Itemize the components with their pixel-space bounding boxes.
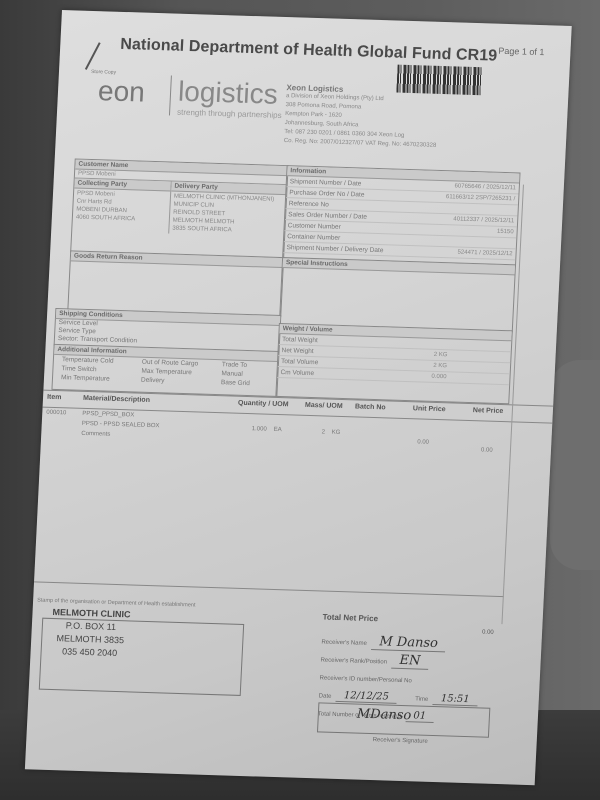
total-net-price-label: Total Net Price [322, 612, 378, 623]
receipt-time: 15:51 [433, 693, 478, 706]
col-unit-price: Unit Price [413, 405, 446, 413]
item-unit-price: 0.00 [417, 439, 429, 445]
company-address: Xeon Logistics a Division of Xeon Holdin… [284, 83, 439, 151]
special-instructions-block: Special Instructions [279, 257, 516, 332]
signature-label: Receiver's Signature [373, 737, 428, 745]
receiver-id-label: Receiver's ID number/Personal No [319, 675, 411, 684]
additional-cell: Out of Route Cargo [142, 359, 222, 369]
receiver-signature: MDanso [349, 706, 420, 723]
col-quantity: Quantity / UOM [238, 400, 289, 409]
goods-return-block: Goods Return Reason [67, 250, 284, 317]
info-key: Shipment Number / Date [290, 178, 362, 187]
col-item: Item [47, 394, 62, 401]
logo-logistics: logistics [177, 76, 278, 111]
item-material: PPSD_PPSD_BOX [82, 411, 134, 419]
info-key: Sales Order Number / Date [288, 211, 367, 220]
clinic-stamp: MELMOTH CLINIC P.O. BOX 11 MELMOTH 3835 … [50, 606, 131, 660]
hand [550, 360, 600, 570]
col-net-price: Net Price [473, 407, 504, 415]
item-mass-uom: KG [331, 430, 340, 436]
additional-cell: Base Grid [221, 379, 269, 388]
information-block: Information Shipment Number / Date607656… [282, 165, 520, 266]
additional-cell: Manual [221, 370, 269, 379]
page-indicator: Page 1 of 1 [498, 46, 545, 57]
weight-value: 2 KG [434, 351, 448, 358]
info-value: 15150 [497, 228, 514, 236]
receiver-rank: EN [391, 653, 429, 670]
weight-key: Net Weight [281, 347, 313, 355]
receiver-rank-label: Receiver's Rank/Position [320, 657, 387, 665]
info-key: Container Number [287, 233, 340, 242]
item-quantity: 1.000 [252, 426, 267, 432]
info-key: Reference No [289, 200, 329, 208]
stamp-line: MELMOTH CLINIC [52, 606, 131, 621]
additional-cell: Delivery [141, 377, 221, 387]
additional-cell: Trade To [222, 361, 270, 370]
logo-divider [169, 75, 172, 115]
additional-cell: Time Switch [61, 365, 141, 375]
item-uom: EA [274, 427, 282, 433]
item-comment: Comments [81, 431, 110, 438]
pen-mark [85, 42, 100, 69]
date-label: Date [319, 693, 332, 699]
weight-key: Total Volume [281, 358, 319, 366]
time-label: Time [415, 696, 428, 702]
document-title: National Department of Health Global Fun… [120, 36, 498, 66]
item-mass: 2 [321, 429, 325, 435]
delivery-note: Store Copy National Department of Health… [25, 10, 572, 785]
col-mass: Mass/ UOM [305, 402, 343, 410]
weight-volume-block: Weight / Volume Total Weight Net Weight2… [275, 323, 512, 404]
receiver-name-label: Receiver's Name [321, 639, 367, 646]
item-number: 000010 [46, 410, 66, 417]
customer-block: Customer Name PPSD Mobeni Collecting Par… [70, 158, 288, 259]
receipt-date: 12/12/25 [336, 690, 397, 704]
weight-value: 0.000 [431, 373, 446, 380]
stamp-line: 035 450 2040 [50, 645, 129, 660]
weight-key: Total Weight [282, 336, 318, 344]
weight-key: Cm Volume [280, 369, 314, 377]
item-description: PPSD - PPSD SEALED BOX [82, 421, 160, 429]
logo-eon: eon [97, 75, 145, 108]
additional-cell: Temperature Cold [62, 356, 142, 366]
info-value: 40112337 / 2025/12/11 [453, 216, 514, 225]
col-material: Material/Description [83, 395, 150, 404]
item-net-price: 0.00 [481, 447, 493, 453]
additional-info-block: Additional Information Temperature Cold … [51, 344, 279, 397]
logo-tagline: strength through partnerships [177, 108, 282, 120]
info-key: Customer Number [288, 222, 341, 231]
additional-cell: Max Temperature [141, 368, 221, 378]
col-batch: Batch No [355, 403, 386, 411]
info-value: 524471 / 2025/12/12 [457, 249, 512, 258]
table-bottom-rule [34, 581, 504, 597]
info-key: Purchase Order No / Date [289, 189, 364, 198]
collecting-line: 4060 SOUTH AFRICA [76, 214, 166, 225]
info-value: 60765646 / 2025/12/11 [454, 183, 516, 192]
additional-cell: Min Temperature [61, 374, 141, 384]
weight-value: 2 KG [433, 362, 447, 369]
signature-box: MDanso Receiver's Signature [317, 702, 490, 737]
info-key: Shipment Number / Delivery Date [286, 244, 383, 254]
info-value: 611663/12 2SP/7265231 / [446, 194, 516, 203]
